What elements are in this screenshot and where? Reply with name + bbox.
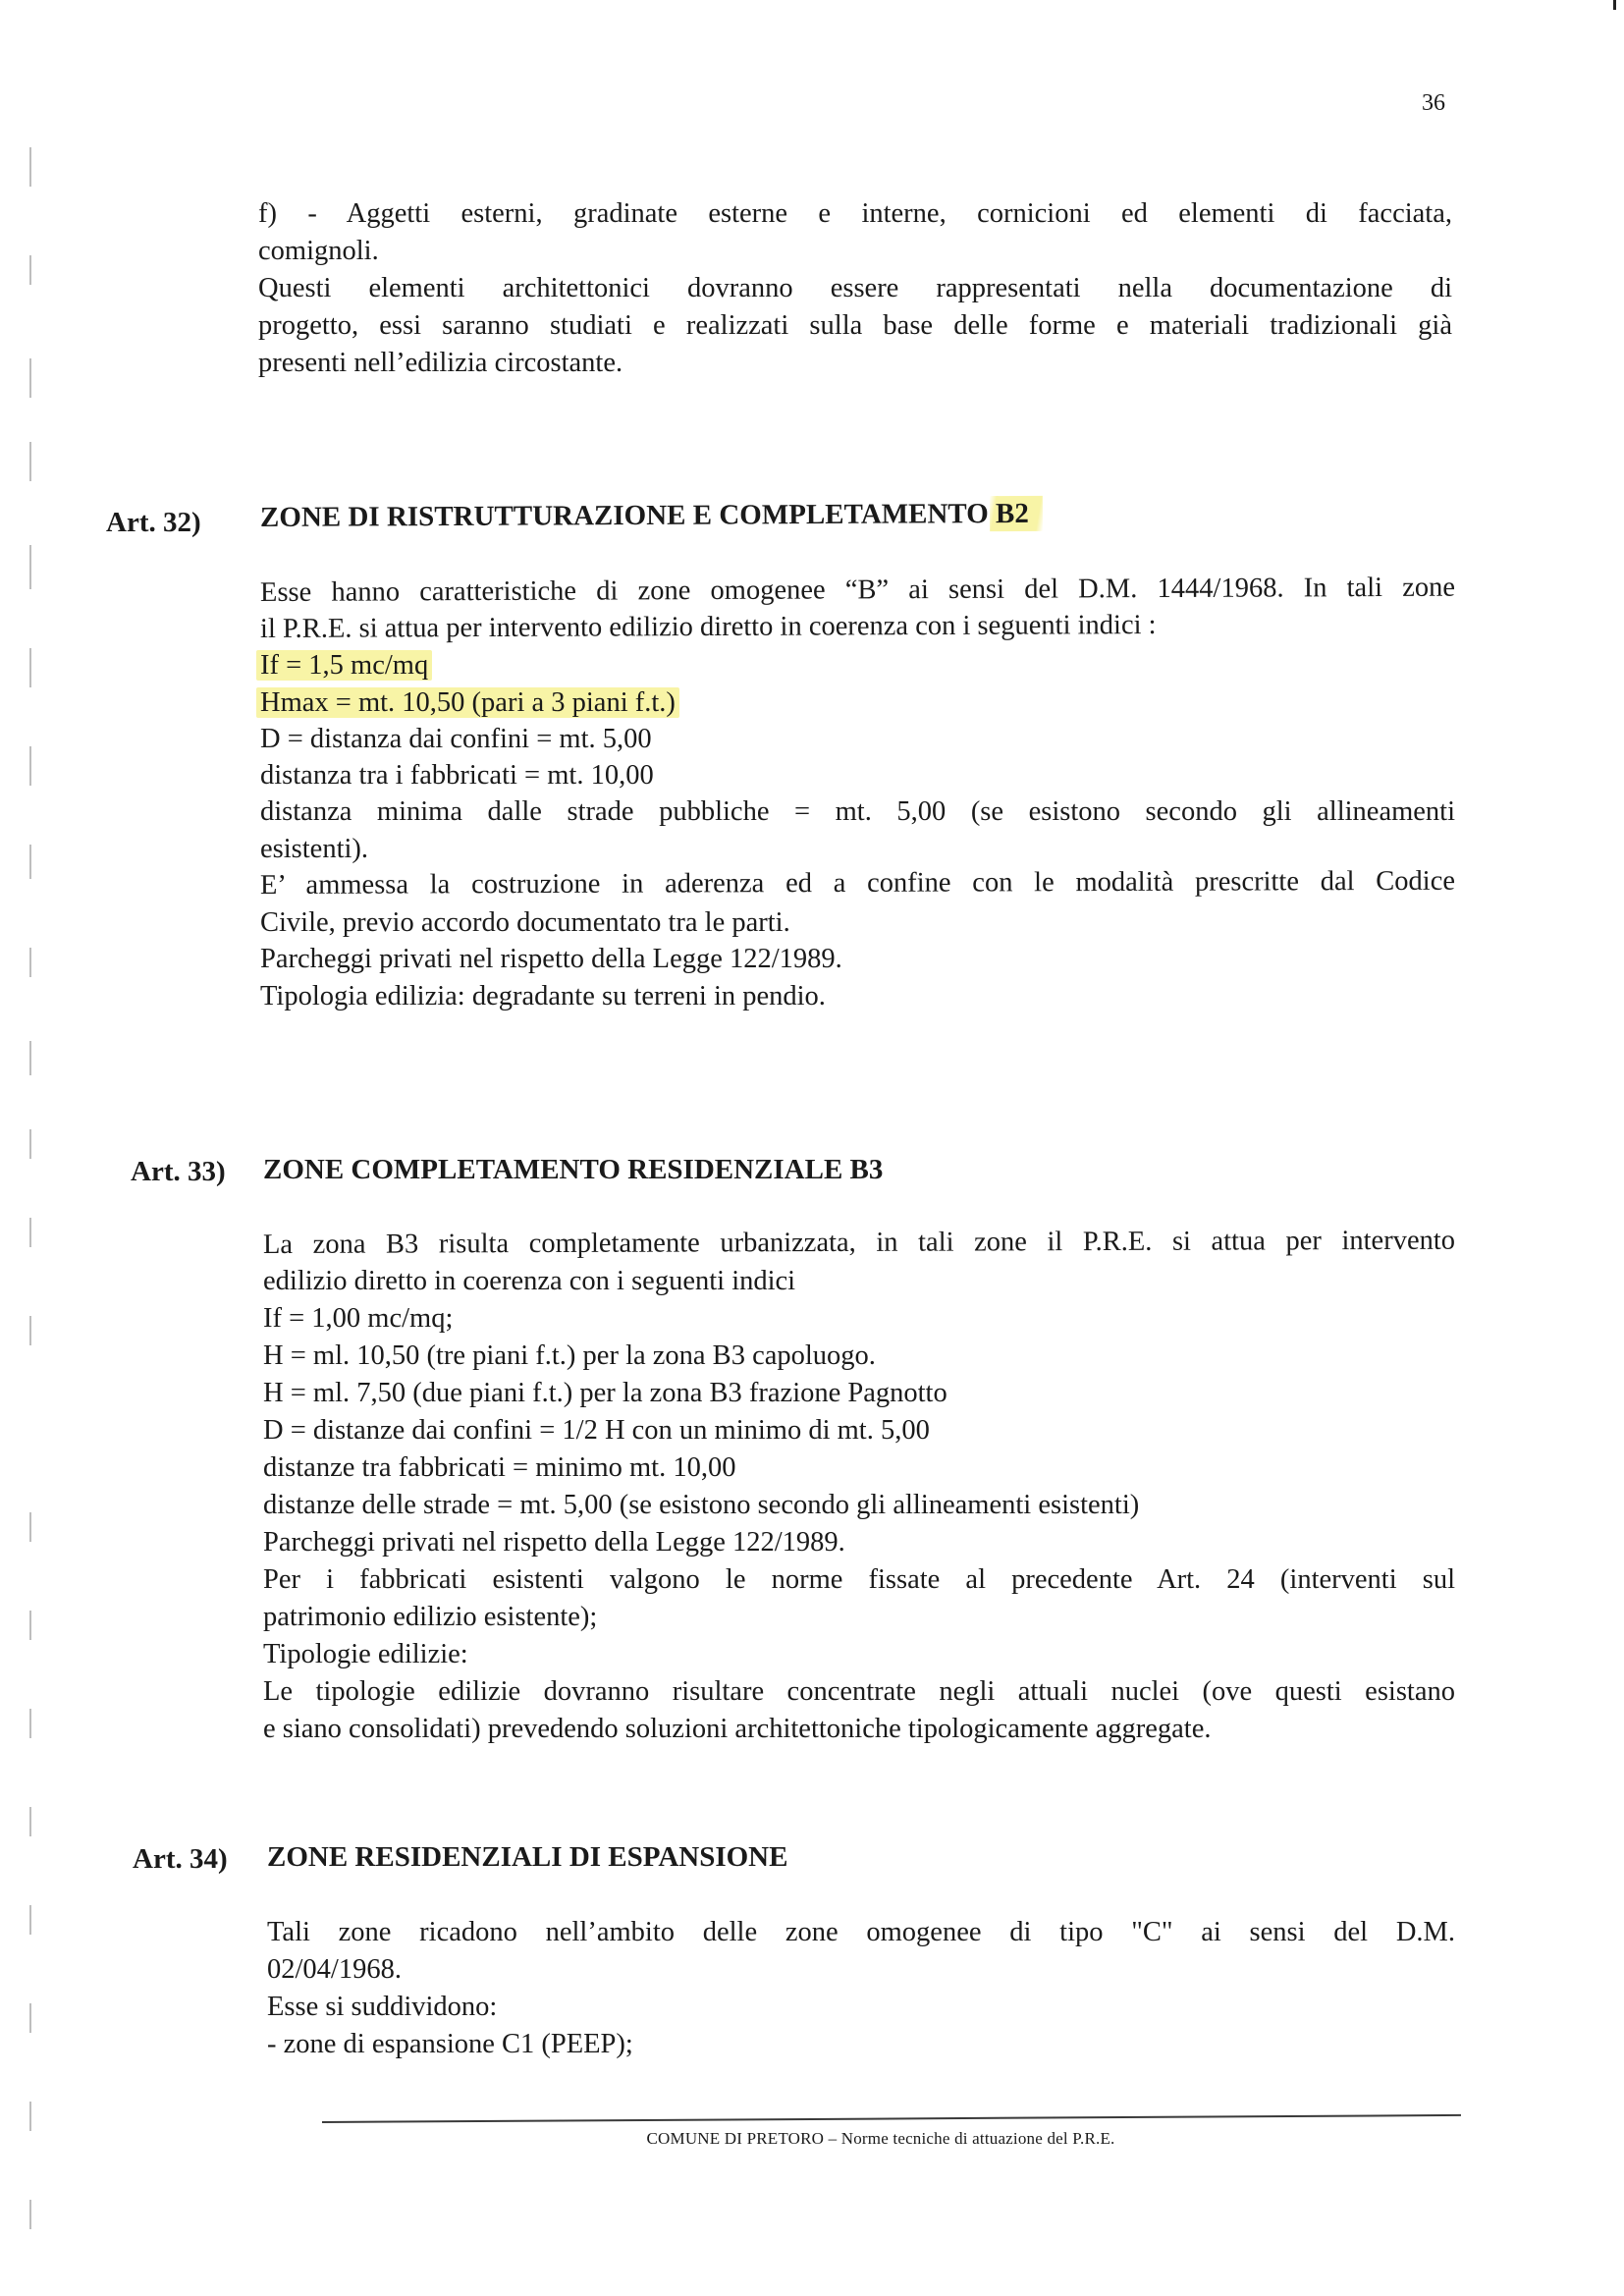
text-line: edilizio diretto in coerenza con i segue… bbox=[263, 1263, 795, 1300]
scan-artifact bbox=[29, 2200, 31, 2229]
article-label: Art. 32) bbox=[106, 504, 201, 541]
footer-text: COMUNE DI PRETORO – Norme tecniche di at… bbox=[0, 2129, 1624, 2149]
scan-artifact bbox=[29, 1807, 31, 1836]
scan-artifact bbox=[29, 1316, 31, 1345]
text-line: Tipologia edilizia: degradante su terren… bbox=[260, 978, 826, 1015]
scan-artifact bbox=[29, 1218, 31, 1247]
scan-artifact bbox=[29, 746, 31, 786]
text-line: Esse si suddividono: bbox=[267, 1989, 497, 2026]
text-line: Tipologie edilizie: bbox=[263, 1636, 468, 1673]
text-line: Parcheggi privati nel rispetto della Leg… bbox=[260, 941, 842, 978]
scan-artifact bbox=[29, 1129, 31, 1159]
scan-artifact bbox=[29, 545, 31, 589]
article-title-text: ZONE DI RISTRUTTURAZIONE E COMPLETAMENTO bbox=[260, 498, 989, 533]
scan-artifact bbox=[29, 1905, 31, 1935]
article-label: Art. 34) bbox=[133, 1840, 228, 1878]
text-line: distanza minima dalle strade pubbliche =… bbox=[260, 793, 1455, 831]
text-line: Questi elementi architettonici dovranno … bbox=[258, 270, 1452, 307]
text-line: Per i fabbricati esistenti valgono le no… bbox=[263, 1561, 1455, 1599]
text-line: il P.R.E. si attua per intervento ediliz… bbox=[260, 607, 1157, 648]
text-line: Le tipologie edilizie dovranno risultare… bbox=[263, 1673, 1455, 1711]
scan-artifact bbox=[29, 845, 31, 879]
highlighted-line: Hmax = mt. 10,50 (pari a 3 piani f.t.) bbox=[260, 684, 676, 722]
scan-artifact bbox=[29, 358, 31, 398]
page-number: 36 bbox=[1422, 90, 1445, 117]
scan-artifact bbox=[29, 2003, 31, 2033]
highlighted-zone-tag: B2 bbox=[990, 496, 1043, 531]
scan-artifact bbox=[29, 1041, 31, 1075]
scan-artifact bbox=[29, 255, 31, 285]
text-line: D = distanze dai confini = 1/2 H con un … bbox=[263, 1412, 930, 1449]
text-line: distanza tra i fabbricati = mt. 10,00 bbox=[260, 757, 654, 794]
text-line: Parcheggi privati nel rispetto della Leg… bbox=[263, 1524, 845, 1561]
article-title: ZONE DI RISTRUTTURAZIONE E COMPLETAMENTO… bbox=[260, 495, 1043, 536]
scan-artifact bbox=[29, 147, 31, 187]
text-line: progetto, essi saranno studiati e realiz… bbox=[258, 307, 1452, 345]
highlighted-line: If = 1,5 mc/mq bbox=[260, 647, 428, 684]
text-line: E’ ammessa la costruzione in aderenza ed… bbox=[260, 863, 1455, 904]
scan-artifact bbox=[29, 648, 31, 687]
scan-artifact bbox=[29, 2102, 31, 2131]
scan-artifact bbox=[1613, 0, 1616, 10]
text-line: esistenti). bbox=[260, 831, 368, 868]
scan-artifact bbox=[29, 1512, 31, 1542]
footer-divider bbox=[322, 2114, 1461, 2123]
text-line: D = distanza dai confini = mt. 5,00 bbox=[260, 721, 652, 758]
scan-artifact bbox=[29, 1709, 31, 1738]
article-title: ZONE COMPLETAMENTO RESIDENZIALE B3 bbox=[263, 1151, 883, 1188]
scan-artifact bbox=[29, 1611, 31, 1640]
text-line: H = ml. 7,50 (due piani f.t.) per la zon… bbox=[263, 1375, 947, 1412]
scan-artifact bbox=[29, 948, 31, 977]
text-line: Esse hanno caratteristiche di zone omoge… bbox=[260, 570, 1455, 612]
scan-artifact bbox=[29, 442, 31, 481]
text-line: - zone di espansione C1 (PEEP); bbox=[267, 2026, 633, 2063]
text-line: distanze tra fabbricati = minimo mt. 10,… bbox=[263, 1449, 735, 1487]
text-line: 02/04/1968. bbox=[267, 1951, 402, 1989]
text-line: If = 1,00 mc/mq; bbox=[263, 1300, 453, 1338]
text-line: La zona B3 risulta completamente urbaniz… bbox=[263, 1223, 1455, 1264]
text-line: f) - Aggetti esterni, gradinate esterne … bbox=[258, 195, 1452, 233]
article-title: ZONE RESIDENZIALI DI ESPANSIONE bbox=[267, 1838, 787, 1876]
article-label: Art. 33) bbox=[131, 1153, 226, 1190]
text-line: comignoli. bbox=[258, 233, 379, 270]
text-line: Civile, previo accordo documentato tra l… bbox=[260, 904, 790, 942]
text-line: presenti nell’edilizia circostante. bbox=[258, 345, 623, 382]
text-line: e siano consolidati) prevedendo soluzion… bbox=[263, 1711, 1212, 1748]
text-line: distanze delle strade = mt. 5,00 (se esi… bbox=[263, 1487, 1139, 1524]
text-line: patrimonio edilizio esistente); bbox=[263, 1599, 597, 1636]
text-line: H = ml. 10,50 (tre piani f.t.) per la zo… bbox=[263, 1338, 876, 1375]
text-line: Tali zone ricadono nell’ambito delle zon… bbox=[267, 1914, 1455, 1951]
